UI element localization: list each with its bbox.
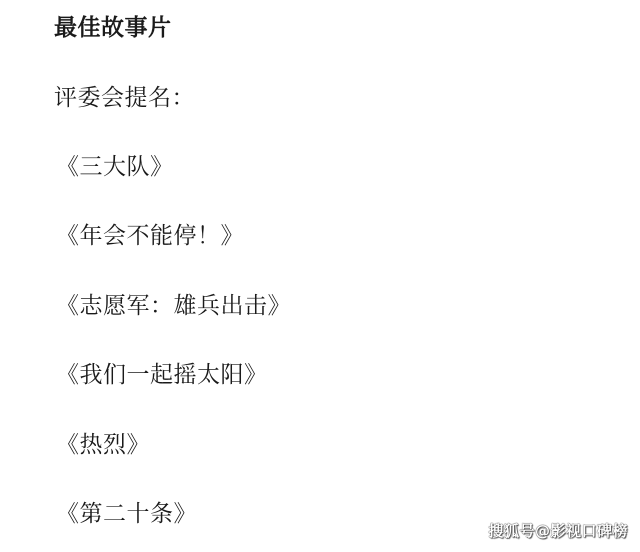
nominee-item: 《志愿军：雄兵出击》 bbox=[56, 292, 291, 320]
nominee-item: 《热烈》 bbox=[56, 431, 150, 459]
nominee-item: 《我们一起摇太阳》 bbox=[56, 361, 268, 389]
section-title: 最佳故事片 bbox=[54, 14, 172, 42]
nominee-item: 《三大队》 bbox=[56, 153, 174, 181]
source-watermark: 搜狐号@影视口碑榜 bbox=[488, 520, 628, 541]
nominee-item: 《年会不能停！》 bbox=[56, 222, 244, 250]
nominee-item: 《第二十条》 bbox=[56, 500, 197, 528]
nominees-heading: 评委会提名： bbox=[54, 84, 195, 112]
